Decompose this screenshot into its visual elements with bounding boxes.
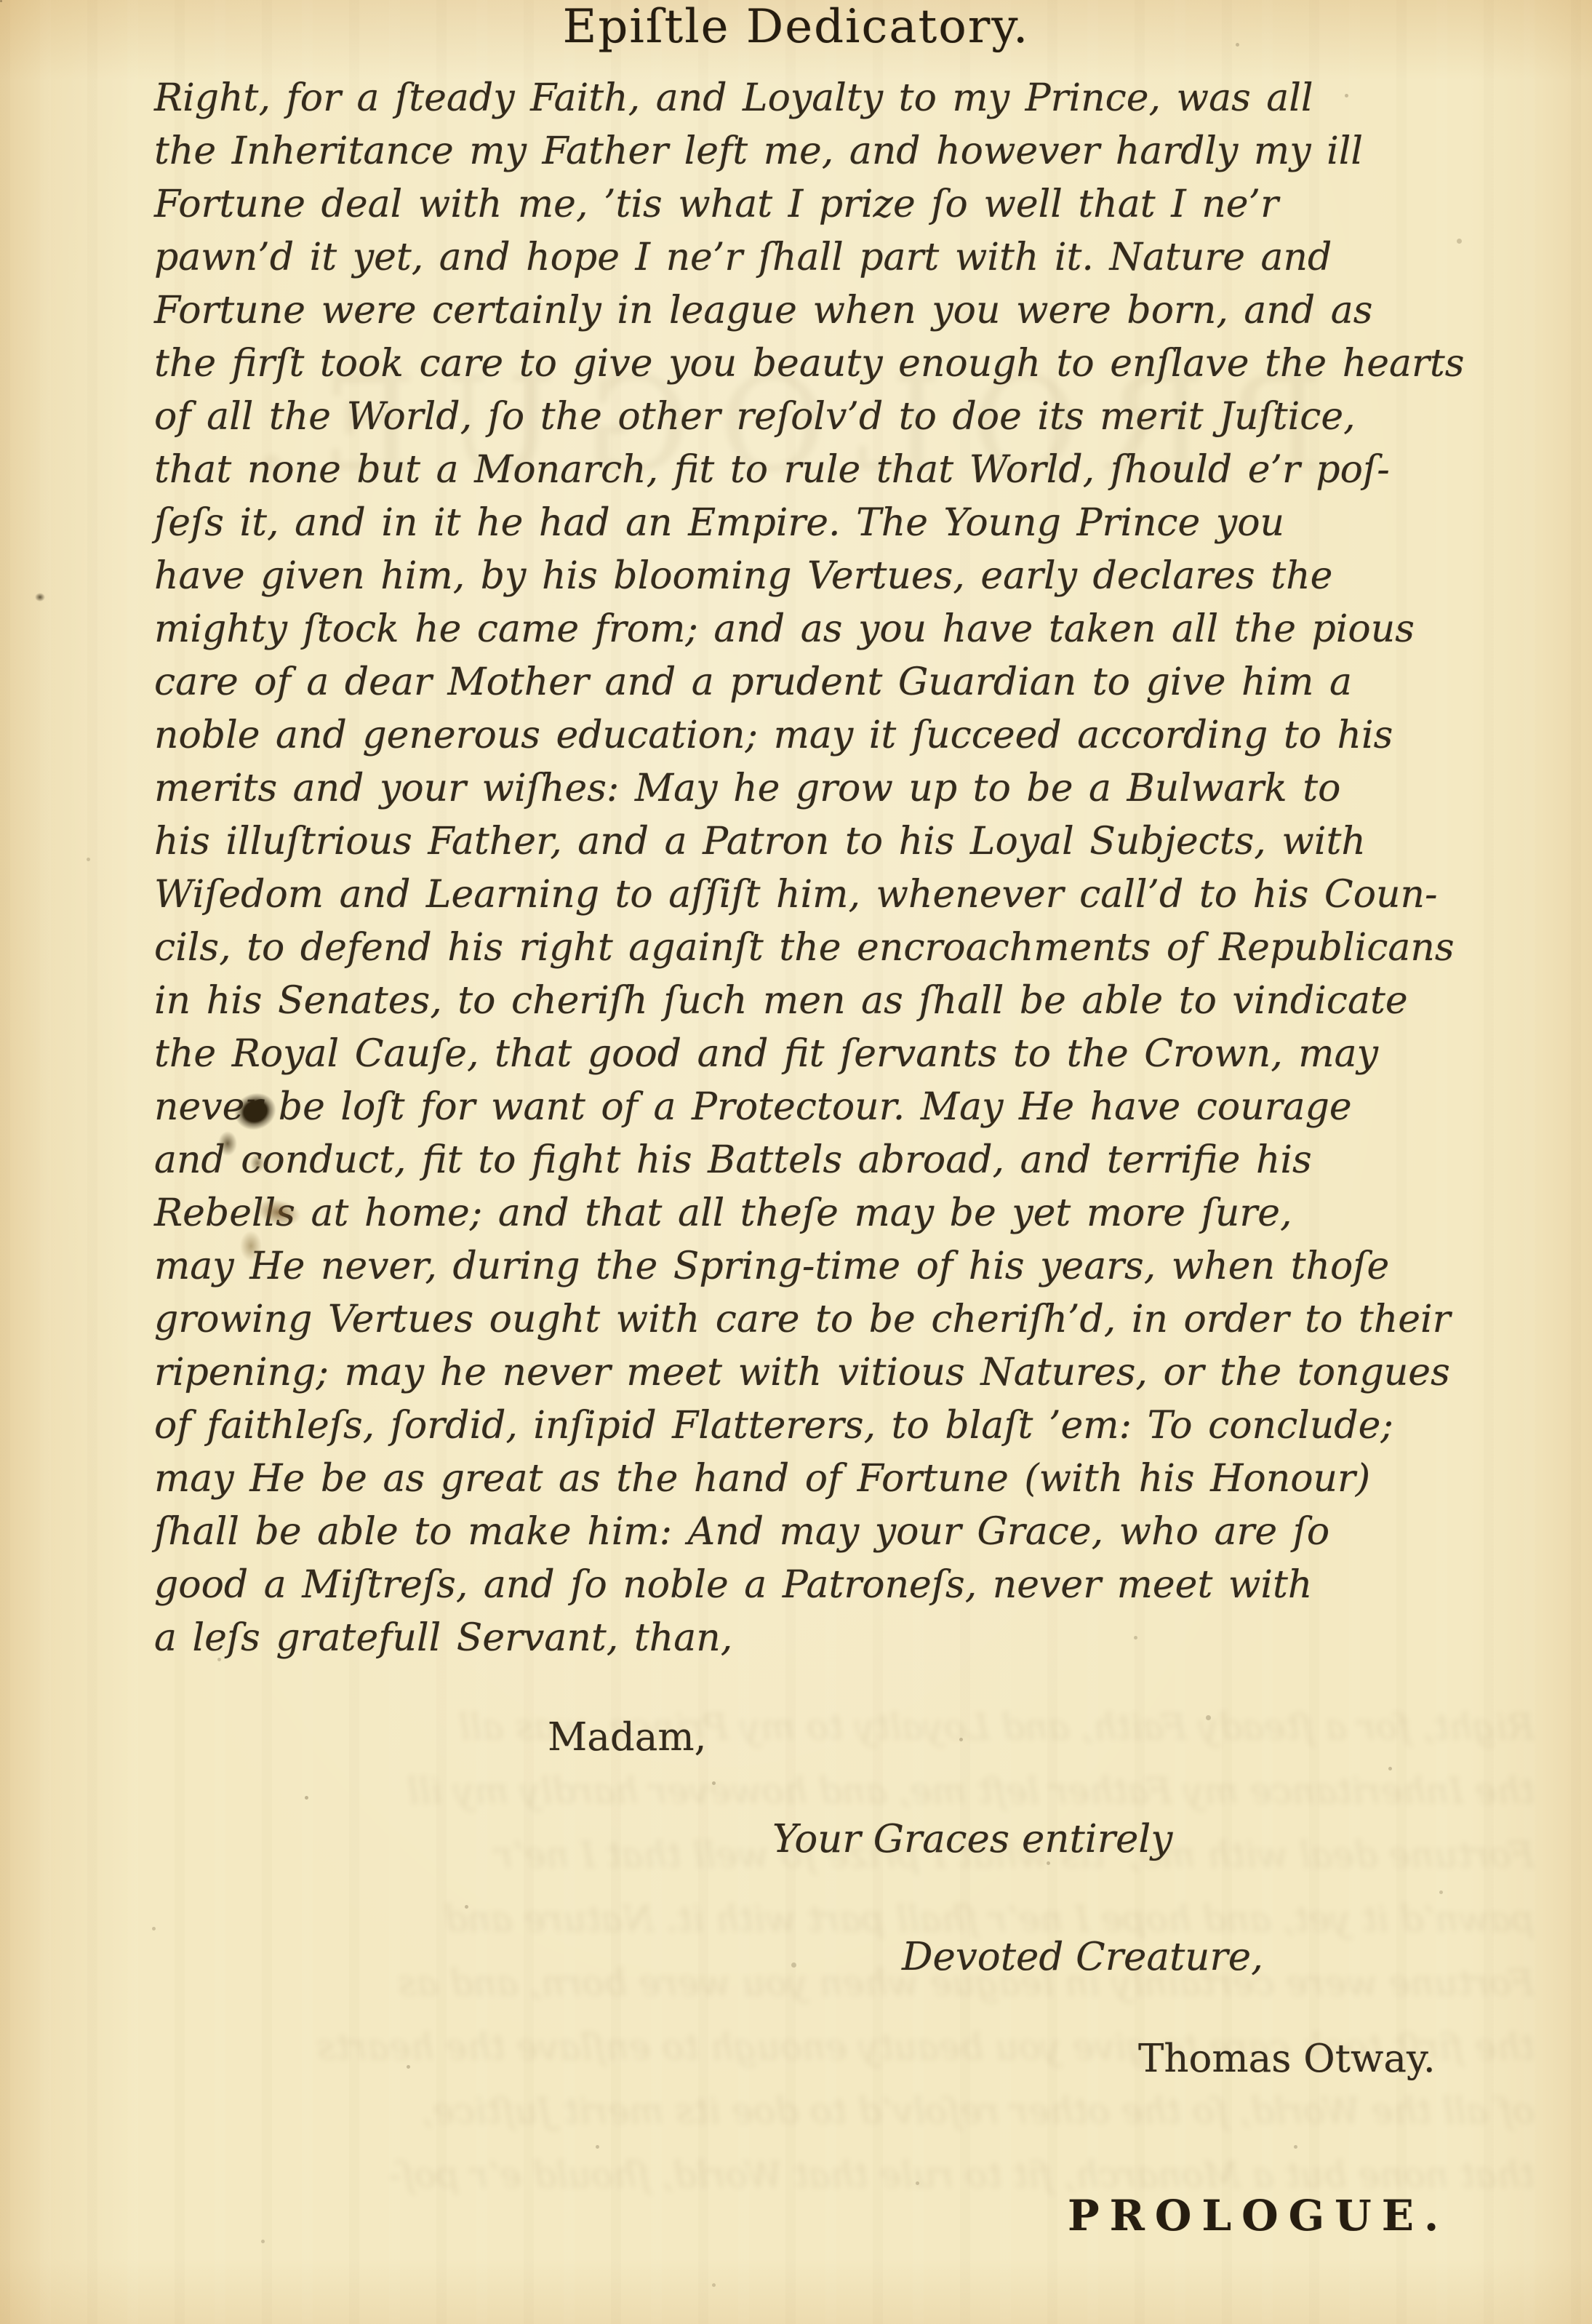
book-page-scan: PROLOGUE. Right, for a ſteady Faith, and…	[0, 0, 1592, 2324]
paper-speckles	[0, 0, 2, 2]
valediction-line-2: Devoted Creature,	[902, 1935, 1263, 1979]
ink-speck	[35, 593, 45, 602]
catchword-prologue: PROLOGUE.	[1068, 2191, 1449, 2240]
valediction-line-1: Your Graces entirely	[772, 1817, 1172, 1861]
bleed-through-ghost-text: Right, for a ſteady Faith, and Loyalty t…	[116, 1695, 1535, 2207]
author-signature: Thomas Otway.	[1138, 2037, 1436, 2081]
page-title: Epiſtle Dedicatory.	[0, 0, 1592, 54]
salutation: Madam,	[548, 1715, 707, 1760]
dedication-paragraph: Right, for a ſteady Faith, and Loyalty t…	[154, 72, 1471, 1665]
